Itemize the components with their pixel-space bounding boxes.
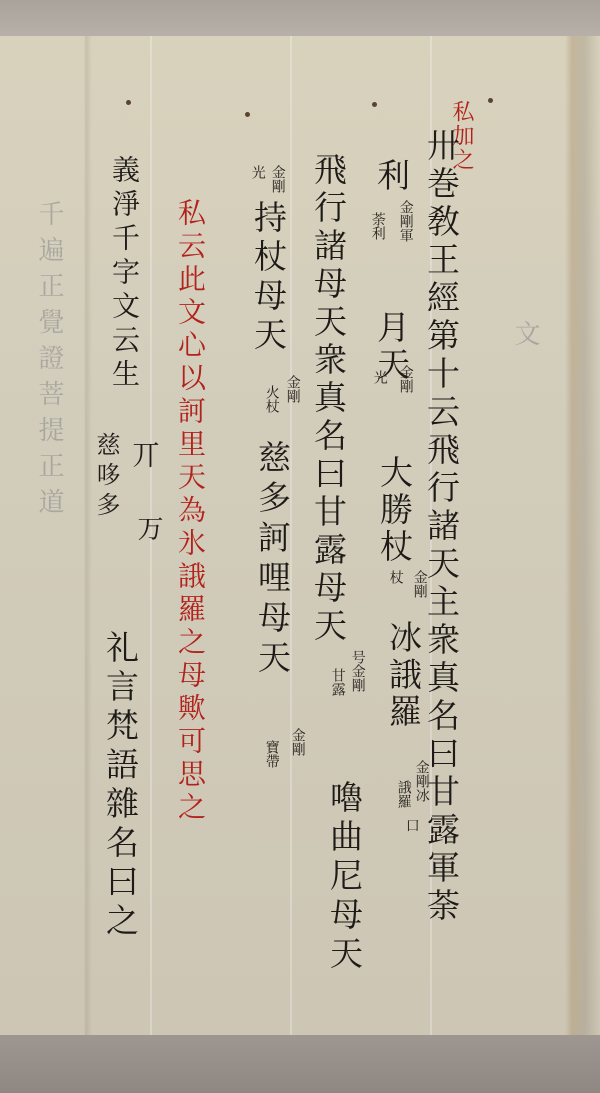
text-column-tail: 慈哆多 (94, 432, 118, 522)
interlinear-note: 光 (372, 370, 387, 384)
wormhole-mark (126, 100, 131, 105)
interlinear-note: 荼利 (370, 212, 385, 240)
text-column-main: 礼言梵語雜名曰之 (104, 630, 137, 942)
wormhole-mark (372, 102, 377, 107)
text-column-main: 卅巻敎王經第十云飛行諸天主衆真名曰甘露軍荼 (425, 128, 458, 926)
background-bottom (0, 1035, 600, 1093)
interlinear-note: 金剛 (290, 728, 305, 756)
interlinear-note: 火杖 (264, 385, 279, 413)
interlinear-note: 金剛 (412, 570, 427, 598)
interlinear-note: 金剛冰 (414, 760, 429, 802)
wormhole-mark (245, 112, 250, 117)
text-column-main: 義淨千字文云生 (110, 155, 138, 393)
interlinear-note: 口 (404, 818, 419, 832)
interlinear-note: 金剛 (270, 165, 285, 193)
bleed-through-text: 文 (512, 320, 538, 356)
siddham-glyph: 丌 (130, 440, 158, 472)
text-column-segment: 慈多訶哩母天 (256, 440, 289, 680)
bleed-through-text: 千遍正覺證菩提正道 (36, 200, 62, 524)
text-column-segment: 利 (375, 158, 408, 195)
interlinear-note: 金剛 (398, 365, 413, 393)
interlinear-note: 金剛軍 (398, 200, 413, 242)
manuscript-sheet (0, 36, 600, 1037)
interlinear-note: 甘露 (330, 668, 345, 696)
interlinear-note: 号金剛 (350, 650, 365, 692)
red-commentary-column: 私云此文心以訶里天為氷誐羅之母歟可思之 (176, 198, 204, 825)
interlinear-note: 杖 (388, 570, 403, 584)
interlinear-note: 金剛 (285, 375, 300, 403)
interlinear-note: 誐羅 (396, 780, 411, 808)
interlinear-note: 寶帶 (264, 740, 279, 768)
text-column-segment: 持杖母天 (252, 200, 285, 356)
text-column-segment: 冰誐羅 (387, 620, 420, 731)
interlinear-note: 光 (250, 165, 265, 179)
text-column-segment: 大勝杖 (378, 455, 411, 566)
wormhole-mark (488, 98, 493, 103)
text-column-main: 飛行諸母天衆真名曰甘露母天 (312, 152, 345, 646)
siddham-glyph: 万 (135, 515, 161, 545)
text-column-tail: 嚕曲尼母天 (328, 780, 361, 975)
